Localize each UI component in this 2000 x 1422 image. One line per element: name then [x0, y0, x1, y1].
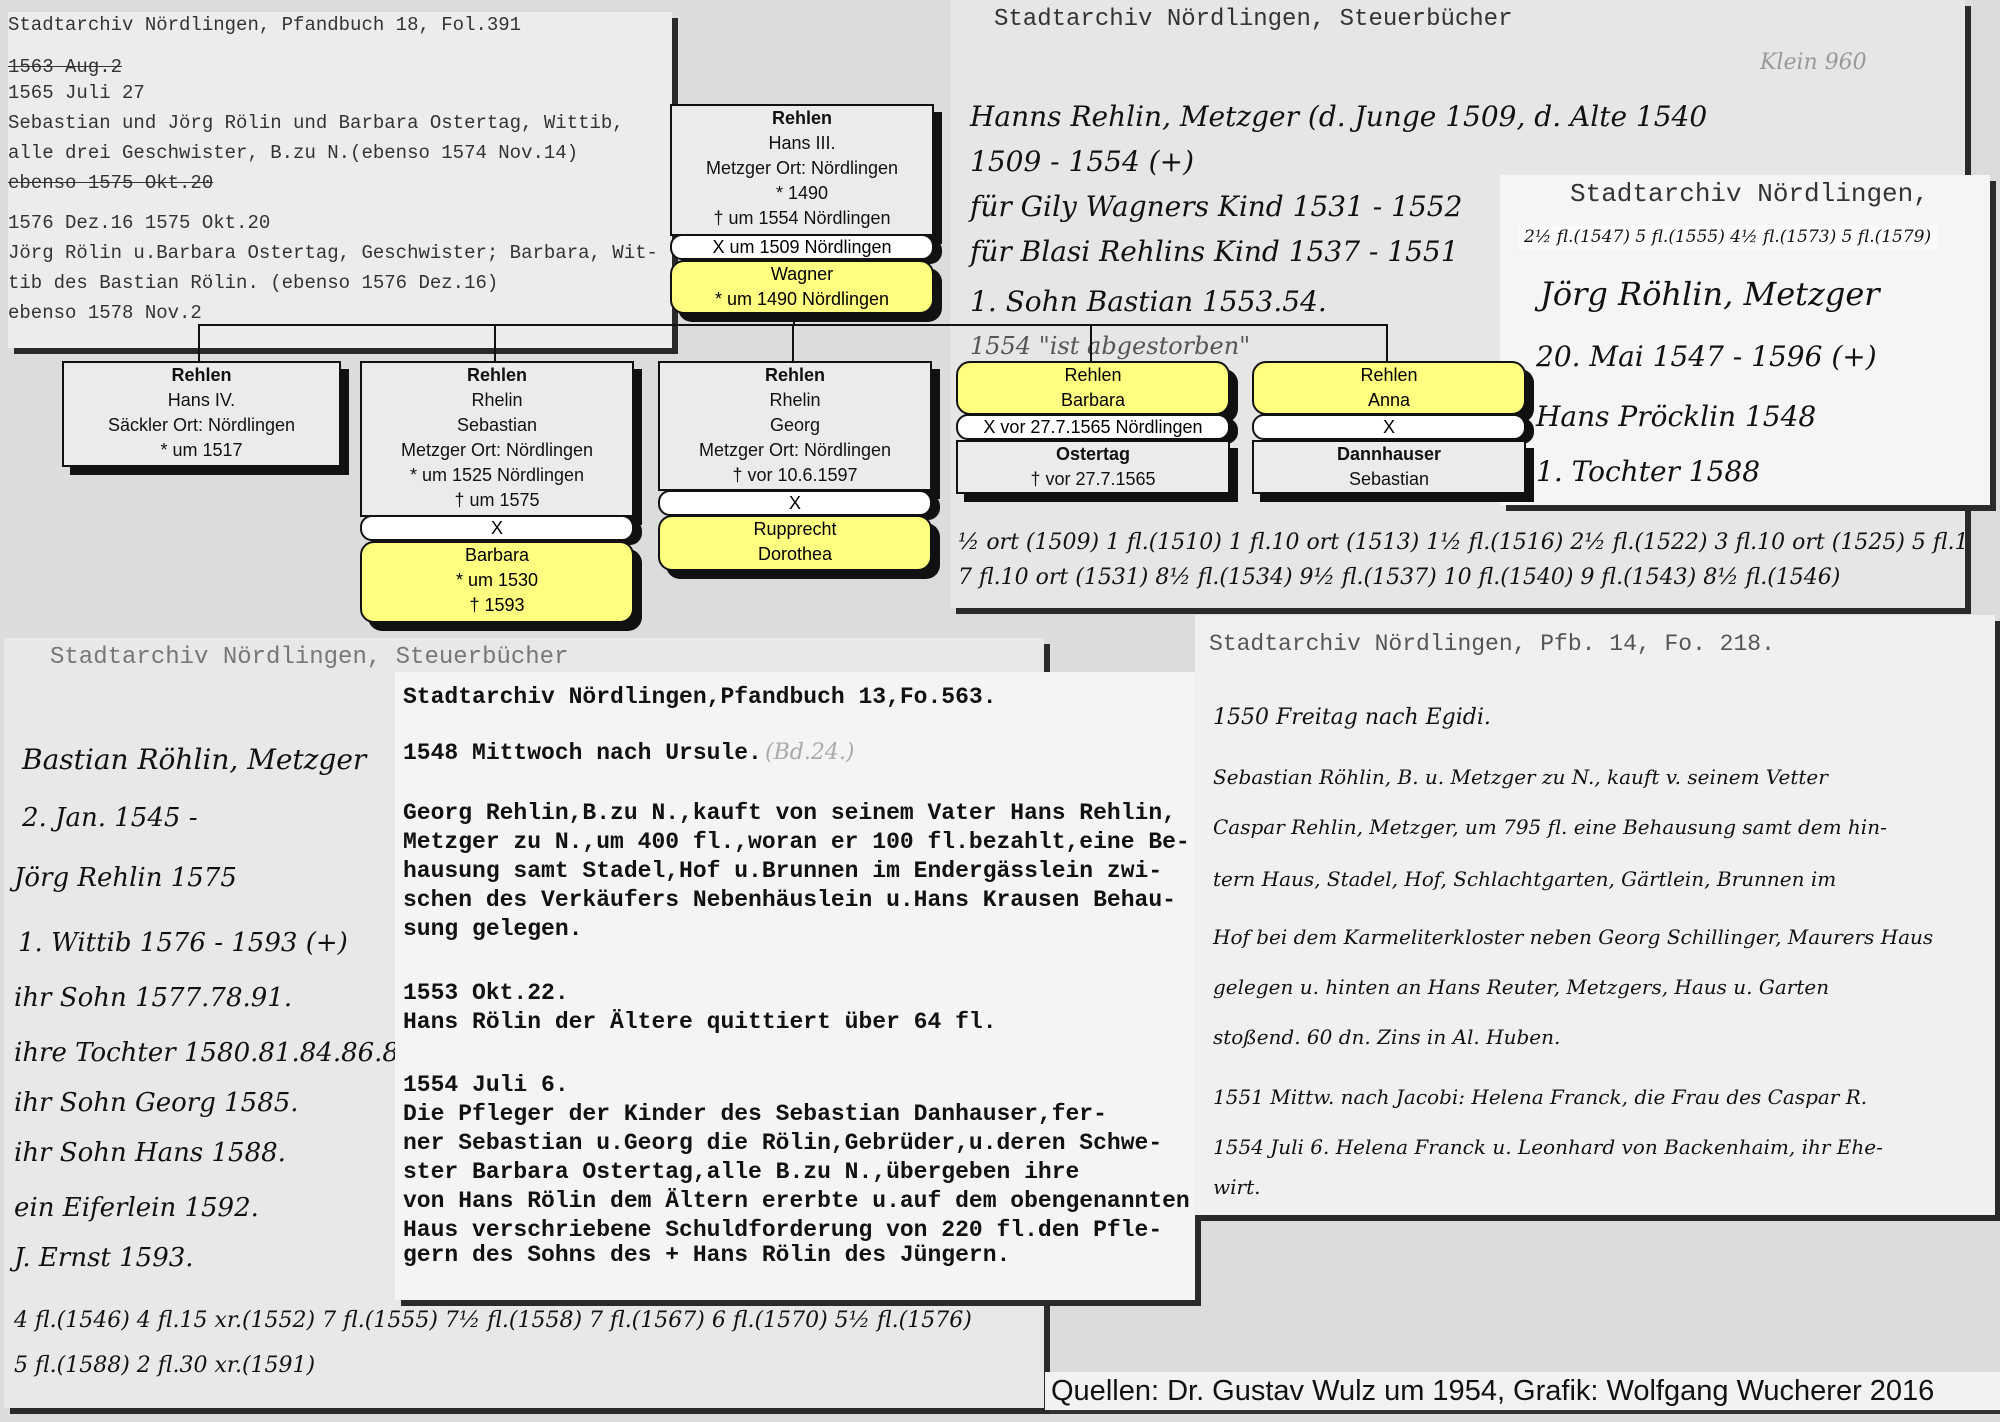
record-line: Sebastian und Jörg Rölin und Barbara Ost…: [8, 112, 624, 134]
person-dannhauser[interactable]: Dannhauser Sebastian: [1252, 440, 1526, 494]
detail: Barbara: [958, 388, 1228, 413]
handwritten-line: Jörg Rehlin 1575: [14, 863, 237, 893]
person-hans-iv[interactable]: Rehlen Hans IV. Säckler Ort: Nördlingen …: [62, 361, 341, 467]
detail: Hans IV.: [64, 388, 339, 413]
tree-connector: [1386, 324, 1388, 361]
record-line: Jörg Rölin u.Barbara Ostertag, Geschwist…: [8, 242, 658, 264]
handwritten-line: für Gily Wagners Kind 1531 - 1552: [970, 190, 1462, 223]
person-wagner[interactable]: Wagner * um 1490 Nördlingen: [670, 260, 934, 314]
record-line: von Hans Rölin dem Ältern ererbte u.auf …: [403, 1188, 1190, 1214]
marriage-barbara: X vor 27.7.1565 Nördlingen: [956, 414, 1230, 440]
handwritten-line: gelegen u. hinten an Hans Reuter, Metzge…: [1213, 975, 1829, 999]
archive-note: (Bd.24.): [765, 740, 854, 765]
surname: Rehlen: [660, 363, 930, 388]
detail: * um 1517: [64, 438, 339, 463]
surname: Wagner: [672, 262, 932, 287]
tree-connector: [1090, 324, 1092, 361]
surname: Rupprecht: [660, 517, 930, 542]
handwritten-line: ihr Sohn 1577.78.91.: [14, 983, 292, 1013]
record-line: Die Pfleger der Kinder des Sebastian Dan…: [403, 1101, 1107, 1127]
surname: Rehlen: [362, 363, 632, 388]
record-line: ner Sebastian u.Georg die Rölin,Gebrüder…: [403, 1130, 1162, 1156]
record-line: ster Barbara Ostertag,alle B.zu N.,überg…: [403, 1159, 1079, 1185]
death: † um 1554 Nördlingen: [672, 206, 932, 231]
tree-connector: [494, 324, 496, 361]
detail: Anna: [1254, 388, 1524, 413]
surname: Dannhauser: [1254, 442, 1524, 467]
surname: Rehlen: [958, 363, 1228, 388]
detail: Dorothea: [660, 542, 930, 567]
person-barbara[interactable]: Rehlen Barbara: [956, 361, 1230, 415]
person-barbara-spouse[interactable]: Barbara * um 1530 † 1593: [360, 541, 634, 623]
detail: Rhelin: [660, 388, 930, 413]
detail: Georg: [660, 413, 930, 438]
handwritten-line: ihr Sohn Hans 1588.: [14, 1138, 286, 1168]
handwritten-line: Hof bei dem Karmeliterkloster neben Geor…: [1213, 925, 1933, 949]
record-line: Metzger zu N.,um 400 fl.,woran er 100 fl…: [403, 829, 1190, 855]
record-date: 1548 Mittwoch nach Ursule.: [403, 740, 762, 766]
birth: * 1490: [672, 181, 932, 206]
handwritten-line: für Blasi Rehlins Kind 1537 - 1551: [970, 235, 1459, 268]
record-line: Haus verschriebene Schuldforderung von 2…: [403, 1217, 1162, 1243]
handwritten-line: stoßend. 60 dn. Zins in Al. Huben.: [1213, 1025, 1560, 1049]
detail: Säckler Ort: Nördlingen: [64, 413, 339, 438]
detail: † vor 10.6.1597: [660, 463, 930, 488]
card-header: Stadtarchiv Nördlingen, Steuerbücher: [50, 644, 568, 671]
handwritten-line: 1554 Juli 6. Helena Franck u. Leonhard v…: [1213, 1135, 1883, 1159]
person-ostertag[interactable]: Ostertag † vor 27.7.1565: [956, 440, 1230, 494]
surname: Ostertag: [958, 442, 1228, 467]
handwritten-line: Hanns Rehlin, Metzger (d. Junge 1509, d.…: [970, 100, 1707, 133]
detail: * um 1530: [362, 568, 632, 593]
struck-line: ebenso 1575 Okt.20: [8, 172, 213, 194]
record-line: Hans Rölin der Ältere quittiert über 64 …: [403, 1009, 997, 1035]
handwritten-line: Hans Pröcklin 1548: [1536, 400, 1816, 433]
given-name: Hans III.: [672, 131, 932, 156]
handwritten-line: ein Eiferlein 1592.: [14, 1193, 259, 1223]
tax-line: ½ ort (1509) 1 fl.(1510) 1 fl.10 ort (15…: [958, 530, 1965, 555]
record-line: alle drei Geschwister, B.zu N.(ebenso 15…: [8, 142, 578, 164]
detail: Sebastian: [362, 413, 632, 438]
detail: Barbara: [362, 543, 632, 568]
handwritten-line: 1550 Freitag nach Egidi.: [1213, 705, 1491, 730]
record-line: 1565 Juli 27: [8, 82, 145, 104]
detail: Rhelin: [362, 388, 632, 413]
source-credit: Quellen: Dr. Gustav Wulz um 1954, Grafik…: [1045, 1372, 2000, 1410]
handwritten-line: 2. Jan. 1545 -: [22, 803, 198, 833]
person-hans-iii[interactable]: Rehlen Hans III. Metzger Ort: Nördlingen…: [670, 104, 934, 236]
handwritten-line: 1. Wittib 1576 - 1593 (+): [18, 928, 348, 958]
detail: † um 1575: [362, 488, 632, 513]
marriage-sebastian: X: [360, 515, 634, 541]
marriage-georg: X: [658, 490, 932, 516]
surname: Rehlen: [672, 106, 932, 131]
card-header: Stadtarchiv Nördlingen, Pfb. 14, Fo. 218…: [1209, 631, 1775, 657]
handwritten-line: Jörg Röhlin, Metzger: [1540, 275, 1880, 313]
document-card-steuerbuecher-joerg: Stadtarchiv Nördlingen, 2½ fl.(1547) 5 f…: [1500, 175, 1990, 505]
tree-connector: [792, 324, 794, 361]
document-card-pfandbuch-18: Stadtarchiv Nördlingen, Pfandbuch 18, Fo…: [8, 12, 672, 348]
handwritten-line: J. Ernst 1593.: [14, 1243, 194, 1273]
tax-line: 2½ fl.(1547) 5 fl.(1555) 4½ fl.(1573) 5 …: [1518, 225, 1937, 249]
record-date: 1554 Juli 6.: [403, 1072, 569, 1098]
card-header: Stadtarchiv Nördlingen, Steuerbücher: [994, 6, 1512, 33]
tax-line: 7 fl.10 ort (1531) 8½ fl.(1534) 9½ fl.(1…: [958, 565, 1840, 590]
handwritten-line: wirt.: [1213, 1175, 1260, 1199]
document-card-pfandbuch-13: Stadtarchiv Nördlingen,Pfandbuch 13,Fo.5…: [395, 672, 1195, 1300]
tax-line: 5 fl.(1588) 2 fl.30 xr.(1591): [14, 1353, 315, 1378]
person-rupprecht[interactable]: Rupprecht Dorothea: [658, 515, 932, 571]
occupation: Metzger Ort: Nördlingen: [672, 156, 932, 181]
detail: * um 1525 Nördlingen: [362, 463, 632, 488]
tree-connector: [198, 324, 200, 361]
record-line: gern des Sohns des + Hans Rölin des Jüng…: [403, 1242, 1010, 1268]
handwritten-line: 1509 - 1554 (+): [970, 145, 1194, 178]
marriage-anna: X: [1252, 414, 1526, 440]
marriage-hans-iii: X um 1509 Nördlingen: [670, 234, 934, 260]
card-header: Stadtarchiv Nördlingen,Pfandbuch 13,Fo.5…: [403, 684, 997, 710]
tax-line: 4 fl.(1546) 4 fl.15 xr.(1552) 7 fl.(1555…: [14, 1308, 972, 1333]
detail: † 1593: [362, 593, 632, 618]
detail: Metzger Ort: Nördlingen: [362, 438, 632, 463]
card-header: Stadtarchiv Nördlingen,: [1570, 179, 1929, 209]
handwritten-line: Bastian Röhlin, Metzger: [22, 743, 366, 776]
document-card-pfb-14: Stadtarchiv Nördlingen, Pfb. 14, Fo. 218…: [1195, 615, 1995, 1215]
record-line: hausung samt Stadel,Hof u.Brunnen im End…: [403, 858, 1162, 884]
handwritten-line: Sebastian Röhlin, B. u. Metzger zu N., k…: [1213, 765, 1828, 789]
card-header: Stadtarchiv Nördlingen, Pfandbuch 18, Fo…: [8, 14, 521, 36]
person-sebastian[interactable]: Rehlen Rhelin Sebastian Metzger Ort: Nör…: [360, 361, 634, 517]
surname: Rehlen: [1254, 363, 1524, 388]
record-line: 1576 Dez.16 1575 Okt.20: [8, 212, 270, 234]
record-line: ebenso 1578 Nov.2: [8, 302, 202, 324]
archive-note: Klein 960: [1760, 50, 1867, 75]
detail: Sebastian: [1254, 467, 1524, 492]
surname: Rehlen: [64, 363, 339, 388]
person-georg[interactable]: Rehlen Rhelin Georg Metzger Ort: Nördlin…: [658, 361, 932, 491]
birth: * um 1490 Nördlingen: [672, 287, 932, 312]
struck-date: 1563 Aug.2: [8, 56, 122, 78]
handwritten-line: ihr Sohn Georg 1585.: [14, 1088, 299, 1118]
handwritten-line: 1. Sohn Bastian 1553.54.: [970, 285, 1327, 318]
detail: † vor 27.7.1565: [958, 467, 1228, 492]
handwritten-line: 1. Tochter 1588: [1536, 455, 1760, 488]
handwritten-line: 20. Mai 1547 - 1596 (+): [1536, 340, 1877, 373]
handwritten-line: Caspar Rehlin, Metzger, um 795 fl. eine …: [1213, 815, 1887, 839]
detail: Metzger Ort: Nördlingen: [660, 438, 930, 463]
person-anna[interactable]: Rehlen Anna: [1252, 361, 1526, 415]
handwritten-line: tern Haus, Stadel, Hof, Schlachtgarten, …: [1213, 867, 1836, 891]
record-date: 1553 Okt.22.: [403, 980, 569, 1006]
handwritten-line: 1551 Mittw. nach Jacobi: Helena Franck, …: [1213, 1085, 1867, 1109]
handwritten-line: 1554 "ist abgestorben": [970, 332, 1250, 360]
record-line: schen des Verkäufers Nebenhäuslein u.Han…: [403, 887, 1176, 913]
record-line: tib des Bastian Rölin. (ebenso 1576 Dez.…: [8, 272, 498, 294]
record-line: sung gelegen.: [403, 916, 582, 942]
record-line: Georg Rehlin,B.zu N.,kauft von seinem Va…: [403, 800, 1176, 826]
